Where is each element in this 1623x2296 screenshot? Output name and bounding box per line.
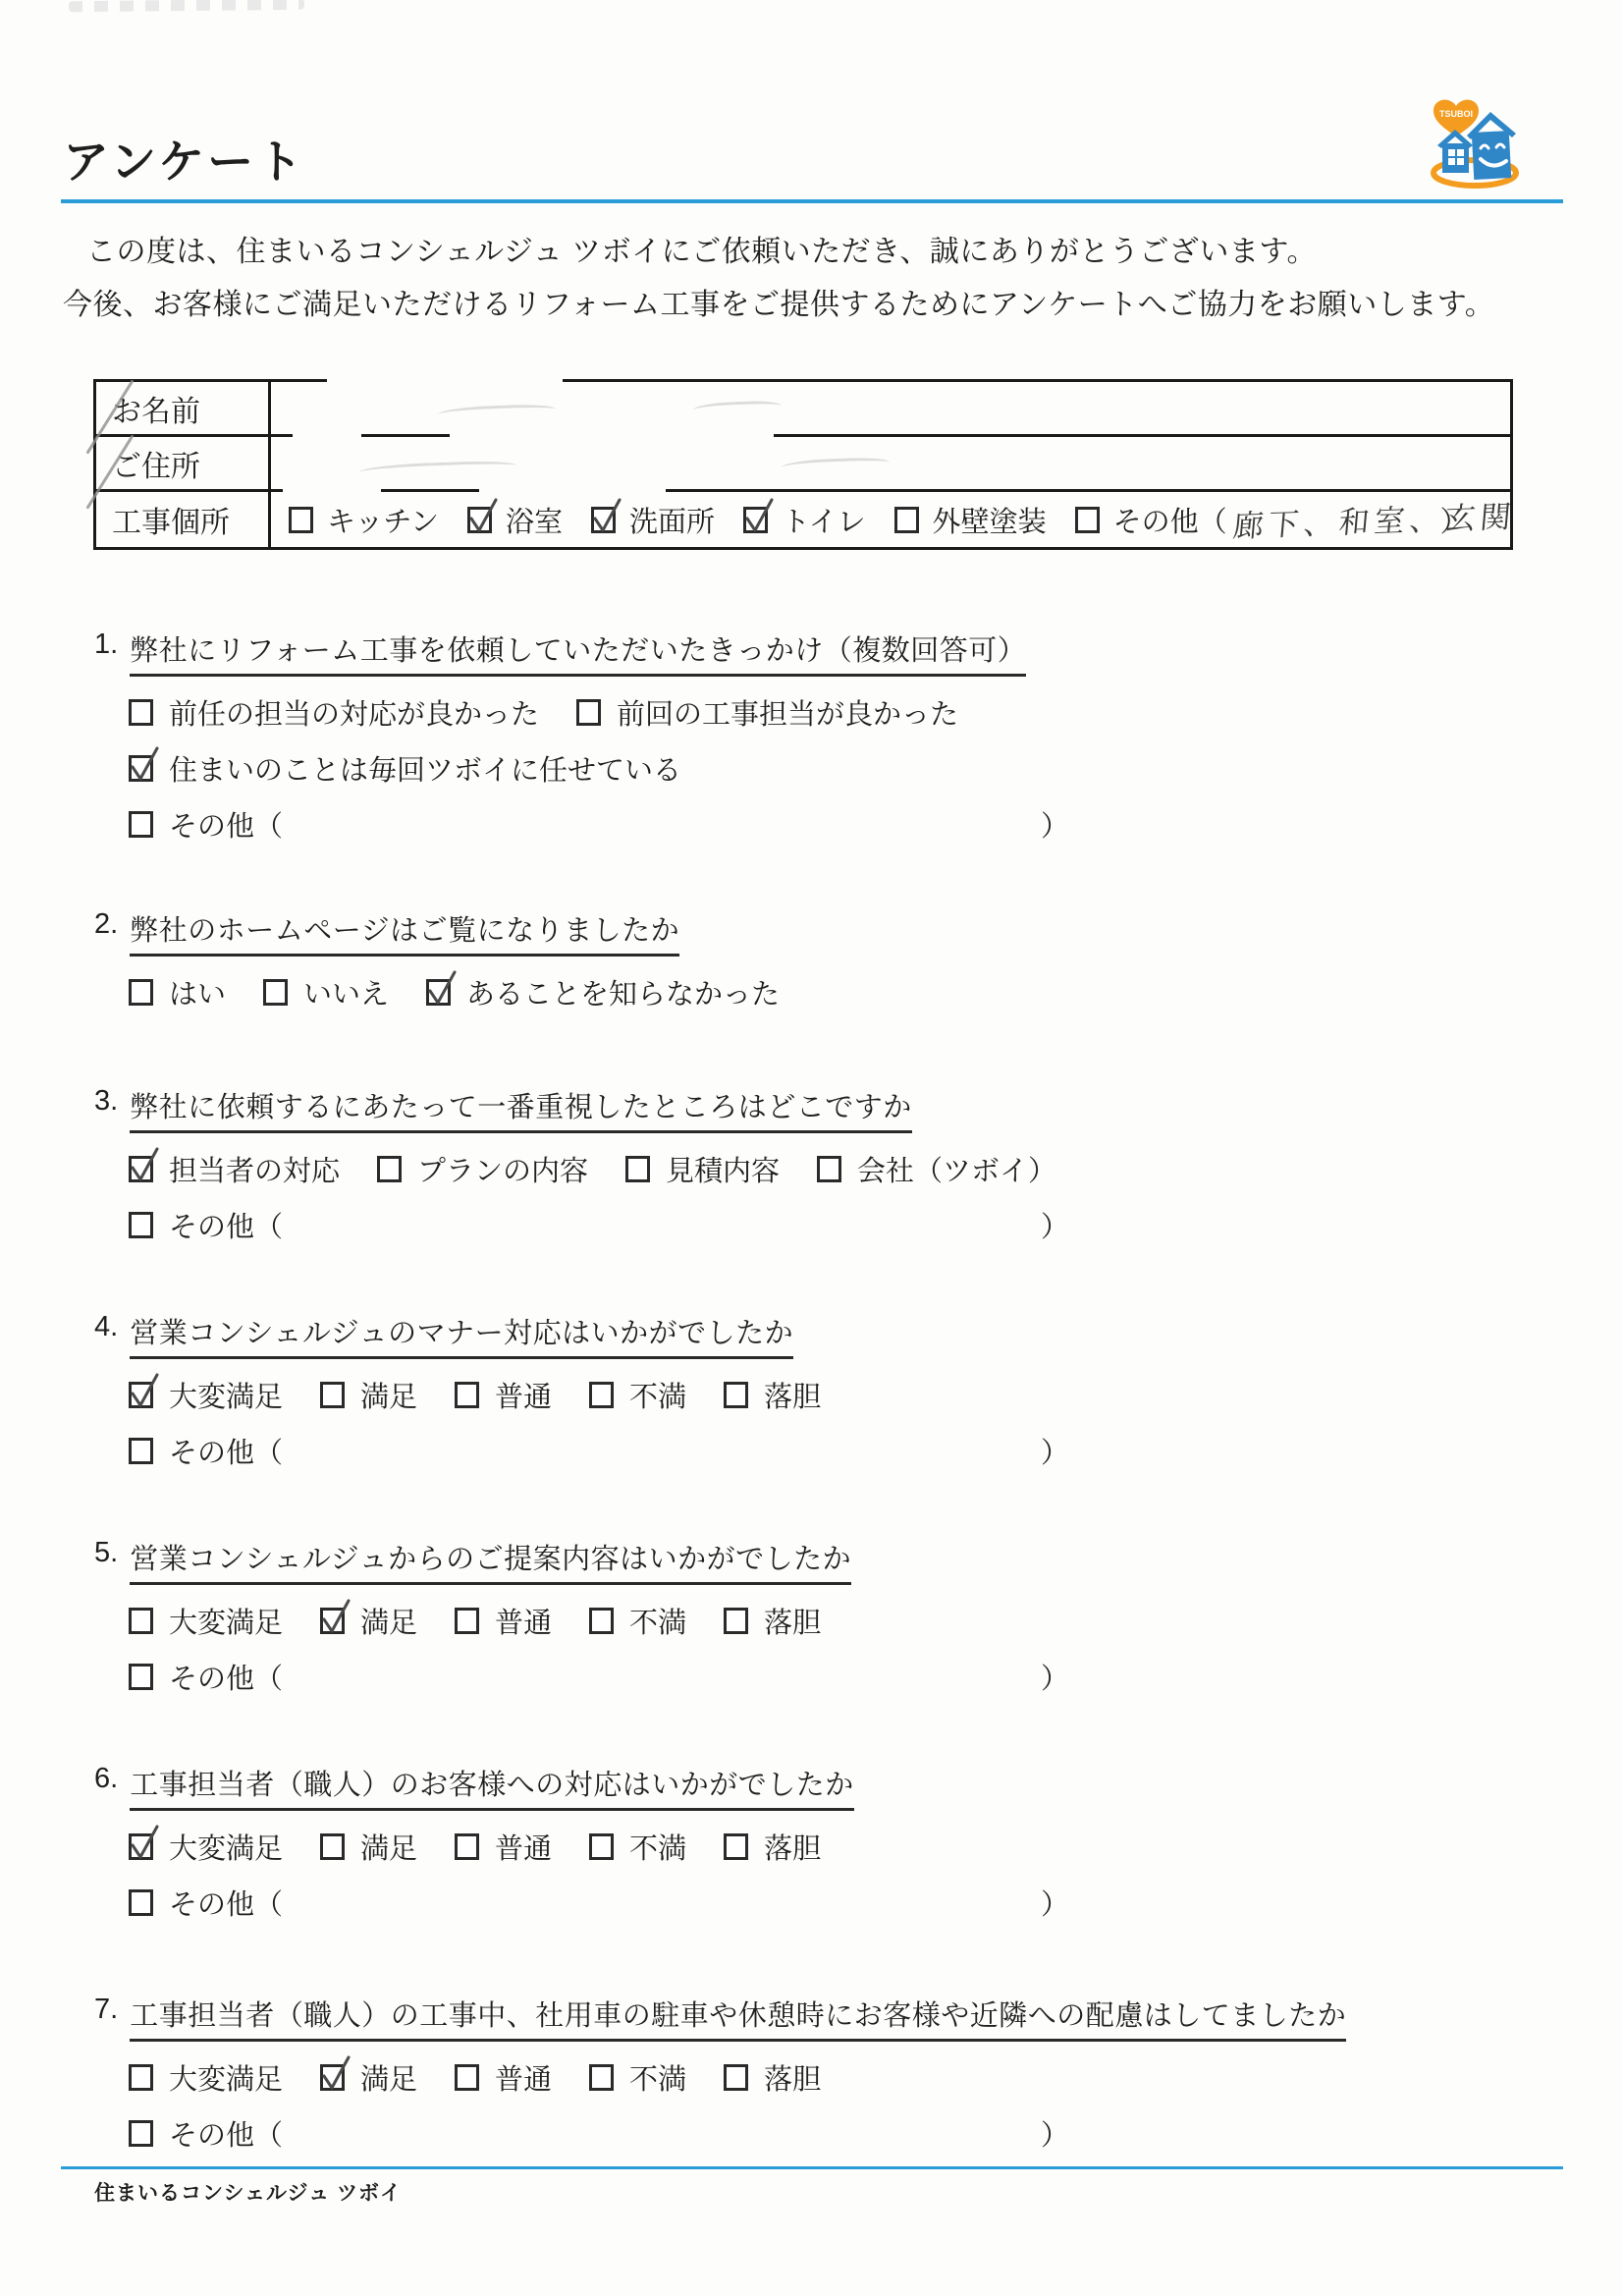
option: あることを知らなかった [426, 972, 780, 1012]
customer-info-table: お名前 ご住所 工事個所 キッチン浴室洗面所トイレ外壁塗装その他（廊下、和室、玄… [93, 379, 1513, 550]
option: 不満 [589, 1601, 686, 1641]
pen-check-icon [127, 1370, 162, 1411]
option-row: その他（） [94, 1423, 1538, 1479]
option: 不満 [589, 1827, 686, 1867]
checkbox[interactable] [625, 1156, 650, 1182]
table-row-work-location: 工事個所 キッチン浴室洗面所トイレ外壁塗装その他（廊下、和室、玄関） [96, 492, 1510, 547]
option: 満足 [320, 2057, 417, 2098]
pen-check-icon [465, 495, 501, 536]
checkbox[interactable] [589, 2064, 614, 2091]
footer-rule [61, 2166, 1563, 2169]
option-label: 普通 [495, 1827, 552, 1867]
checkbox[interactable] [455, 1608, 479, 1634]
checkbox[interactable] [576, 699, 601, 726]
option-row: 大変満足満足普通不満落胆 [94, 1593, 1538, 1649]
pen-check-icon [741, 495, 777, 536]
option-label: 外壁塗装 [933, 500, 1047, 540]
intro-line-2: 今後、お客様にご満足いただけるリフォーム工事をご提供するためにアンケートへご協力… [63, 280, 1494, 323]
page-title: アンケート [63, 126, 305, 191]
question-heading: 3.弊社に依頼するにあたって一番重視したところはどこですか [94, 1085, 1538, 1141]
pen-check-icon [127, 1822, 162, 1863]
checkbox-checked[interactable] [129, 1156, 153, 1182]
option-label: 住まいのことは毎回ツボイに任せている [169, 748, 681, 789]
other-write-in-area[interactable] [283, 1211, 1041, 1240]
option-label: 見積内容 [666, 1149, 780, 1189]
close-paren: ） [1041, 1657, 1069, 1697]
checkbox[interactable] [455, 2064, 479, 2091]
option-label: はい [169, 972, 226, 1012]
option-label: 満足 [360, 1375, 417, 1415]
checkbox-checked[interactable] [426, 979, 451, 1006]
question-number: 4. [94, 1311, 118, 1343]
scan-artifact [69, 0, 304, 12]
checkbox[interactable] [129, 2064, 153, 2091]
option: いいえ [263, 972, 389, 1012]
checkbox[interactable] [589, 1382, 614, 1408]
option-other: その他（） [129, 1431, 1069, 1471]
question-6: 6.工事担当者（職人）のお客様への対応はいかがでしたか大変満足満足普通不満落胆そ… [94, 1763, 1538, 1931]
checkbox[interactable] [377, 1156, 402, 1182]
option: 前回の工事担当が良かった [576, 692, 958, 733]
question-title: 弊社に依頼するにあたって一番重視したところはどこですか [130, 1085, 912, 1133]
option-label: 不満 [629, 1375, 686, 1415]
option-label: 普通 [495, 1375, 552, 1415]
option-row: その他（） [94, 1197, 1538, 1253]
option-label: 不満 [629, 1601, 686, 1641]
checkbox-checked[interactable] [129, 1833, 153, 1860]
option-label: 大変満足 [169, 1375, 283, 1415]
big-house-icon [1467, 112, 1516, 180]
option-other: その他（） [129, 1883, 1069, 1923]
checkbox[interactable] [129, 1664, 153, 1690]
checkbox[interactable] [129, 811, 153, 838]
close-paren: ） [1041, 2113, 1069, 2154]
pen-check-icon [424, 967, 460, 1009]
question-title: 弊社のホームページはご覧になりましたか [130, 908, 679, 957]
whiteout-mark [327, 377, 563, 384]
address-field[interactable] [271, 437, 1510, 489]
checkbox-checked[interactable] [320, 1608, 345, 1634]
pen-check-icon [127, 743, 162, 785]
option-label: 洗面所 [629, 500, 715, 540]
question-title: 営業コンシェルジュのマナー対応はいかがでしたか [130, 1311, 793, 1359]
option-label: その他（ [1113, 500, 1227, 540]
option-label: いいえ [303, 972, 389, 1012]
work-location-option: 外壁塗装 [894, 500, 1047, 540]
close-paren: ） [1041, 1205, 1069, 1245]
option: 普通 [455, 1375, 552, 1415]
question-title: 弊社にリフォーム工事を依頼していただいたきっかけ（複数回答可） [130, 629, 1026, 677]
option-row: 前任の担当の対応が良かった前回の工事担当が良かった [94, 684, 1538, 740]
address-label: ご住所 [96, 437, 271, 489]
checkbox[interactable] [724, 1382, 748, 1408]
checkbox[interactable] [724, 2064, 748, 2091]
option: 大変満足 [129, 2057, 283, 2098]
checkbox[interactable] [320, 1382, 345, 1408]
option-label: 落胆 [764, 2057, 821, 2098]
intro-line-1: この度は、住まいるコンシェルジュ ツボイにご依頼いただき、誠にありがとうございま… [86, 227, 1317, 270]
option: 不満 [589, 2057, 686, 2098]
question-heading: 7.工事担当者（職人）の工事中、社用車の駐車や休憩時にお客様や近隣への配慮はして… [94, 1994, 1538, 2050]
option-label: 落胆 [764, 1827, 821, 1867]
checkbox[interactable] [724, 1608, 748, 1634]
whiteout-mark [479, 487, 666, 494]
checkbox[interactable] [817, 1156, 841, 1182]
erased-handwriting-trace [359, 460, 516, 479]
checkbox[interactable] [1075, 507, 1100, 533]
question-7: 7.工事担当者（職人）の工事中、社用車の駐車や休憩時にお客様や近隣への配慮はして… [94, 1994, 1538, 2161]
question-number: 5. [94, 1537, 118, 1569]
question-heading: 4.営業コンシェルジュのマナー対応はいかがでしたか [94, 1311, 1538, 1367]
checkbox[interactable] [455, 1833, 479, 1860]
whiteout-mark [293, 432, 361, 439]
close-paren: ） [1041, 1431, 1069, 1471]
option-label: 落胆 [764, 1375, 821, 1415]
question-heading: 6.工事担当者（職人）のお客様への対応はいかがでしたか [94, 1763, 1538, 1819]
questionnaire-page: アンケート この度は、住まいるコンシェルジュ ツボイにご依頼いただき、誠にありが… [0, 0, 1623, 2296]
question-title: 工事担当者（職人）の工事中、社用車の駐車や休憩時にお客様や近隣への配慮はしてまし… [130, 1994, 1346, 2042]
option: 普通 [455, 2057, 552, 2098]
option-label: 普通 [495, 1601, 552, 1641]
option: 大変満足 [129, 1827, 283, 1867]
checkbox[interactable] [589, 1608, 614, 1634]
erased-handwriting-trace [693, 400, 782, 416]
other-write-in-area[interactable] [283, 1437, 1041, 1466]
option-label: その他（ [169, 1657, 283, 1697]
option-label: プランの内容 [417, 1149, 588, 1189]
option: 満足 [320, 1827, 417, 1867]
option-label: 満足 [360, 1601, 417, 1641]
question-2: 2.弊社のホームページはご覧になりましたかはいいいえあることを知らなかった [94, 908, 1538, 1020]
other-write-in-area[interactable] [283, 2119, 1041, 2149]
table-row-name: お名前 [96, 382, 1510, 437]
question-number: 1. [94, 629, 118, 661]
checkbox[interactable] [894, 507, 919, 533]
checkbox-checked[interactable] [467, 507, 492, 533]
work-location-option: 浴室 [467, 500, 563, 540]
checkbox[interactable] [320, 1833, 345, 1860]
option-other: その他（） [129, 804, 1069, 845]
option-label: 落胆 [764, 1601, 821, 1641]
option-row: 大変満足満足普通不満落胆 [94, 1367, 1538, 1423]
option: プランの内容 [377, 1149, 588, 1189]
option: 落胆 [724, 2057, 821, 2098]
option-label: 普通 [495, 2057, 552, 2098]
other-write-in-area[interactable] [283, 1888, 1041, 1918]
question-number: 2. [94, 908, 118, 941]
name-label: お名前 [96, 382, 271, 434]
option-label: その他（ [169, 1431, 283, 1471]
option: 担当者の対応 [129, 1149, 340, 1189]
question-heading: 2.弊社のホームページはご覧になりましたか [94, 908, 1538, 964]
question-3: 3.弊社に依頼するにあたって一番重視したところはどこですか担当者の対応プランの内… [94, 1085, 1538, 1253]
option-row: その他（） [94, 1875, 1538, 1931]
option-row: 住まいのことは毎回ツボイに任せている [94, 740, 1538, 796]
other-write-in-area[interactable] [283, 1663, 1041, 1692]
checkbox[interactable] [263, 979, 288, 1006]
pen-check-icon [318, 2052, 353, 2094]
checkbox[interactable] [129, 1212, 153, 1238]
whiteout-mark [450, 432, 774, 439]
work-location-option: トイレ [743, 500, 866, 540]
option-other: その他（） [129, 2113, 1069, 2154]
option-other: その他（） [129, 1657, 1069, 1697]
option-label: 不満 [629, 1827, 686, 1867]
checkbox[interactable] [129, 699, 153, 726]
option-label: 不満 [629, 2057, 686, 2098]
work-location-option: 洗面所 [591, 500, 715, 540]
work-location-label: 工事個所 [96, 492, 271, 547]
checkbox-checked[interactable] [320, 2064, 345, 2091]
checkbox[interactable] [129, 979, 153, 1006]
option-label: 大変満足 [169, 1827, 283, 1867]
option: 大変満足 [129, 1601, 283, 1641]
option: 落胆 [724, 1827, 821, 1867]
option: 満足 [320, 1375, 417, 1415]
option-label: その他（ [169, 2113, 283, 2154]
option: 満足 [320, 1601, 417, 1641]
whiteout-mark [283, 487, 381, 494]
question-number: 7. [94, 1994, 118, 2026]
work-location-option: キッチン [289, 500, 439, 540]
handwritten-other-locations: 廊下、和室、玄関 [1231, 494, 1436, 545]
option-label: その他（ [169, 1883, 283, 1923]
checkbox[interactable] [724, 1833, 748, 1860]
option-label: あることを知らなかった [466, 972, 780, 1012]
option-row: その他（） [94, 796, 1538, 852]
option: 普通 [455, 1601, 552, 1641]
name-field[interactable] [271, 382, 1510, 434]
checkbox[interactable] [455, 1382, 479, 1408]
option-row: その他（） [94, 1649, 1538, 1705]
title-rule [61, 199, 1563, 203]
checkbox-checked[interactable] [743, 507, 768, 533]
table-row-address: ご住所 [96, 437, 1510, 492]
option-label: 大変満足 [169, 2057, 283, 2098]
option-row: 大変満足満足普通不満落胆 [94, 1819, 1538, 1875]
option-label: 担当者の対応 [169, 1149, 340, 1189]
option-row: その他（） [94, 2105, 1538, 2161]
option-label: 満足 [360, 2057, 417, 2098]
checkbox[interactable] [129, 1889, 153, 1916]
question-title: 営業コンシェルジュからのご提案内容はいかがでしたか [130, 1537, 851, 1585]
erased-handwriting-trace [782, 457, 890, 474]
checkbox-checked[interactable] [129, 1382, 153, 1408]
pen-check-icon [127, 1144, 162, 1185]
checkbox-checked[interactable] [591, 507, 616, 533]
question-5: 5.営業コンシェルジュからのご提案内容はいかがでしたか大変満足満足普通不満落胆そ… [94, 1537, 1538, 1705]
question-4: 4.営業コンシェルジュのマナー対応はいかがでしたか大変満足満足普通不満落胆その他… [94, 1311, 1538, 1479]
question-number: 3. [94, 1085, 118, 1118]
option-label: キッチン [327, 500, 439, 540]
logo-text: TSUBOI [1439, 109, 1473, 119]
option-label: その他（ [169, 1205, 283, 1245]
pen-check-icon [318, 1596, 353, 1637]
option-label: 前回の工事担当が良かった [617, 692, 958, 733]
checkbox[interactable] [129, 1438, 153, 1464]
option: はい [129, 972, 226, 1012]
work-location-option: その他（廊下、和室、玄関） [1075, 498, 1469, 542]
option-label: 大変満足 [169, 1601, 283, 1641]
question-title: 工事担当者（職人）のお客様への対応はいかがでしたか [130, 1763, 854, 1811]
option-label: その他（ [169, 804, 283, 845]
option: 前任の担当の対応が良かった [129, 692, 539, 733]
option-label: 満足 [360, 1827, 417, 1867]
option-label: トイレ [782, 500, 866, 540]
small-house-icon [1437, 130, 1473, 173]
checkbox-checked[interactable] [129, 755, 153, 782]
option-row: はいいいえあることを知らなかった [94, 964, 1538, 1020]
option: 落胆 [724, 1375, 821, 1415]
option-row: 担当者の対応プランの内容見積内容会社（ツボイ） [94, 1141, 1538, 1197]
option: 普通 [455, 1827, 552, 1867]
option-label: 浴室 [506, 500, 563, 540]
option: 大変満足 [129, 1375, 283, 1415]
option: 不満 [589, 1375, 686, 1415]
option-other: その他（） [129, 1205, 1069, 1245]
option: 住まいのことは毎回ツボイに任せている [129, 748, 681, 789]
other-write-in-area[interactable] [283, 810, 1041, 840]
checkbox[interactable] [589, 1833, 614, 1860]
checkbox[interactable] [289, 507, 313, 533]
checkbox[interactable] [129, 2120, 153, 2147]
option-label: 会社（ツボイ） [857, 1149, 1056, 1189]
option: 見積内容 [625, 1149, 780, 1189]
option-row: 大変満足満足普通不満落胆 [94, 2050, 1538, 2105]
checkbox[interactable] [129, 1608, 153, 1634]
pen-check-icon [589, 495, 624, 536]
footer-company-name: 住まいるコンシェルジュ ツボイ [94, 2177, 402, 2207]
close-paren: ） [1041, 1883, 1069, 1923]
option: 落胆 [724, 1601, 821, 1641]
close-paren: ） [1041, 804, 1069, 845]
question-heading: 1.弊社にリフォーム工事を依頼していただいたきっかけ（複数回答可） [94, 629, 1538, 684]
option: 会社（ツボイ） [817, 1149, 1056, 1189]
question-heading: 5.営業コンシェルジュからのご提案内容はいかがでしたか [94, 1537, 1538, 1593]
erased-handwriting-trace [438, 404, 556, 421]
work-locations-row: キッチン浴室洗面所トイレ外壁塗装その他（廊下、和室、玄関） [271, 492, 1510, 547]
question-1: 1.弊社にリフォーム工事を依頼していただいたきっかけ（複数回答可）前任の担当の対… [94, 629, 1538, 852]
question-number: 6. [94, 1763, 118, 1795]
option-label: 前任の担当の対応が良かった [169, 692, 539, 733]
tsuboi-logo: TSUBOI [1430, 94, 1520, 192]
